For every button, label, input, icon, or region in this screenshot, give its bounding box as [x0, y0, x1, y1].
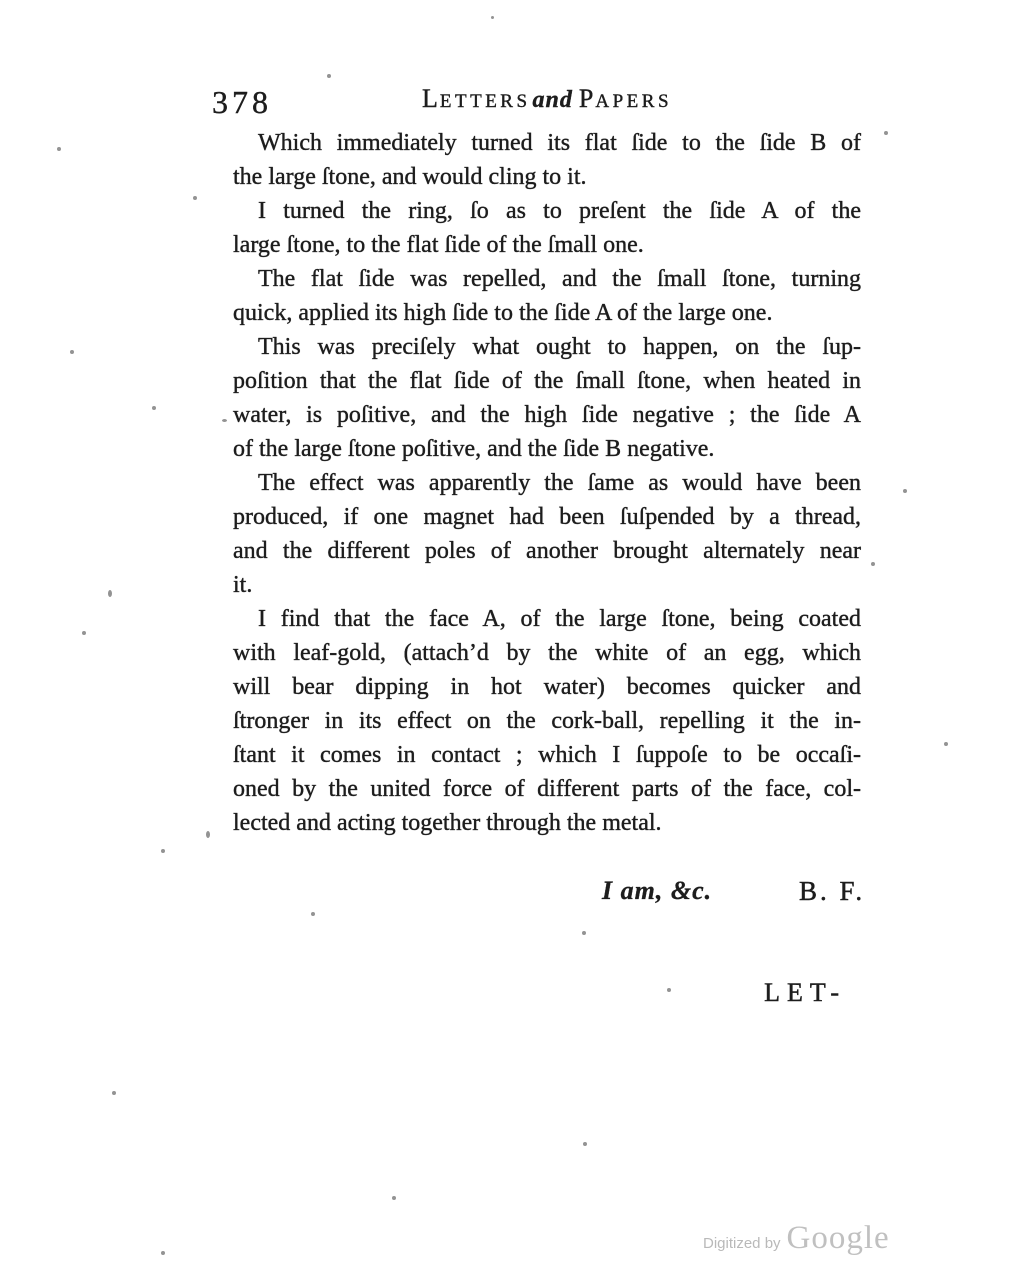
text-line: ſtant it comes in contact ; which I ſupp…	[233, 738, 861, 772]
google-watermark: Digitized by Google	[703, 1220, 890, 1257]
catchword: LET-	[764, 978, 846, 1008]
scan-speck	[82, 631, 86, 635]
scan-speck	[152, 406, 156, 410]
text-line: it.	[233, 568, 861, 602]
scan-speck	[108, 590, 112, 597]
text-line: I turned the ring, ſo as to preſent the …	[233, 194, 861, 228]
scan-speck	[161, 849, 165, 853]
scan-speck	[161, 1251, 165, 1255]
running-title-conjunction: and	[533, 87, 573, 113]
scan-speck	[57, 147, 61, 151]
text-line: of the large ſtone poſitive, and the ſid…	[233, 432, 861, 466]
running-title-word1-rest: ETTERS	[440, 91, 531, 112]
text-line: lected and acting together through the m…	[233, 806, 861, 840]
scan-speck	[884, 131, 888, 135]
watermark-prefix: Digitized by	[703, 1235, 781, 1252]
text-line: The flat ſide was repelled, and the ſmal…	[233, 262, 861, 296]
text-line: ſtronger in its effect on the cork-ball,…	[233, 704, 861, 738]
scan-speck	[871, 562, 875, 566]
text-line: will bear dipping in hot water) becomes …	[233, 670, 861, 704]
text-line: water, is poſitive, and the high ſide ne…	[233, 398, 861, 432]
text-line: The effect was apparently the ſame as wo…	[233, 466, 861, 500]
scan-speck	[311, 912, 315, 916]
scan-speck	[491, 16, 494, 19]
text-line: poſition that the flat ſide of the ſmall…	[233, 364, 861, 398]
book-page: 378 LETTERSandPAPERS Which immediately t…	[0, 0, 1014, 1282]
text-line: Which immediately turned its flat ſide t…	[233, 126, 861, 160]
running-title-word2-rest: APERS	[595, 91, 672, 112]
google-logo: Google	[787, 1220, 890, 1257]
author-initials: B. F.	[799, 876, 865, 907]
scan-speck	[667, 988, 671, 992]
running-title-word1-initial: L	[422, 84, 440, 113]
text-line: oned by the united force of different pa…	[233, 772, 861, 806]
scan-speck	[583, 1142, 587, 1146]
scan-speck	[903, 489, 907, 493]
body-text: Which immediately turned its flat ſide t…	[233, 126, 861, 840]
scan-speck	[222, 419, 227, 422]
scan-speck	[206, 831, 210, 838]
scan-speck	[112, 1091, 116, 1095]
scan-speck	[944, 742, 948, 746]
text-line: with leaf-gold, (attach’d by the white o…	[233, 636, 861, 670]
scan-speck	[70, 350, 74, 354]
scan-speck	[327, 74, 331, 78]
scan-speck	[582, 931, 586, 935]
text-line: I find that the face A, of the large ſto…	[233, 602, 861, 636]
running-title: LETTERSandPAPERS	[233, 84, 861, 114]
text-line: large ſtone, to the flat ſide of the ſma…	[233, 228, 861, 262]
text-line: produced, if one magnet had been ſuſpend…	[233, 500, 861, 534]
letter-closing: I am, &c.	[602, 876, 712, 906]
text-line: and the different poles of another broug…	[233, 534, 861, 568]
text-line: the large ſtone, and would cling to it.	[233, 160, 861, 194]
text-line: quick, applied its high ſide to the ſide…	[233, 296, 861, 330]
scan-speck	[193, 196, 197, 200]
running-title-word2-initial: P	[579, 84, 595, 113]
scan-speck	[392, 1196, 396, 1200]
text-line: This was preciſely what ought to happen,…	[233, 330, 861, 364]
